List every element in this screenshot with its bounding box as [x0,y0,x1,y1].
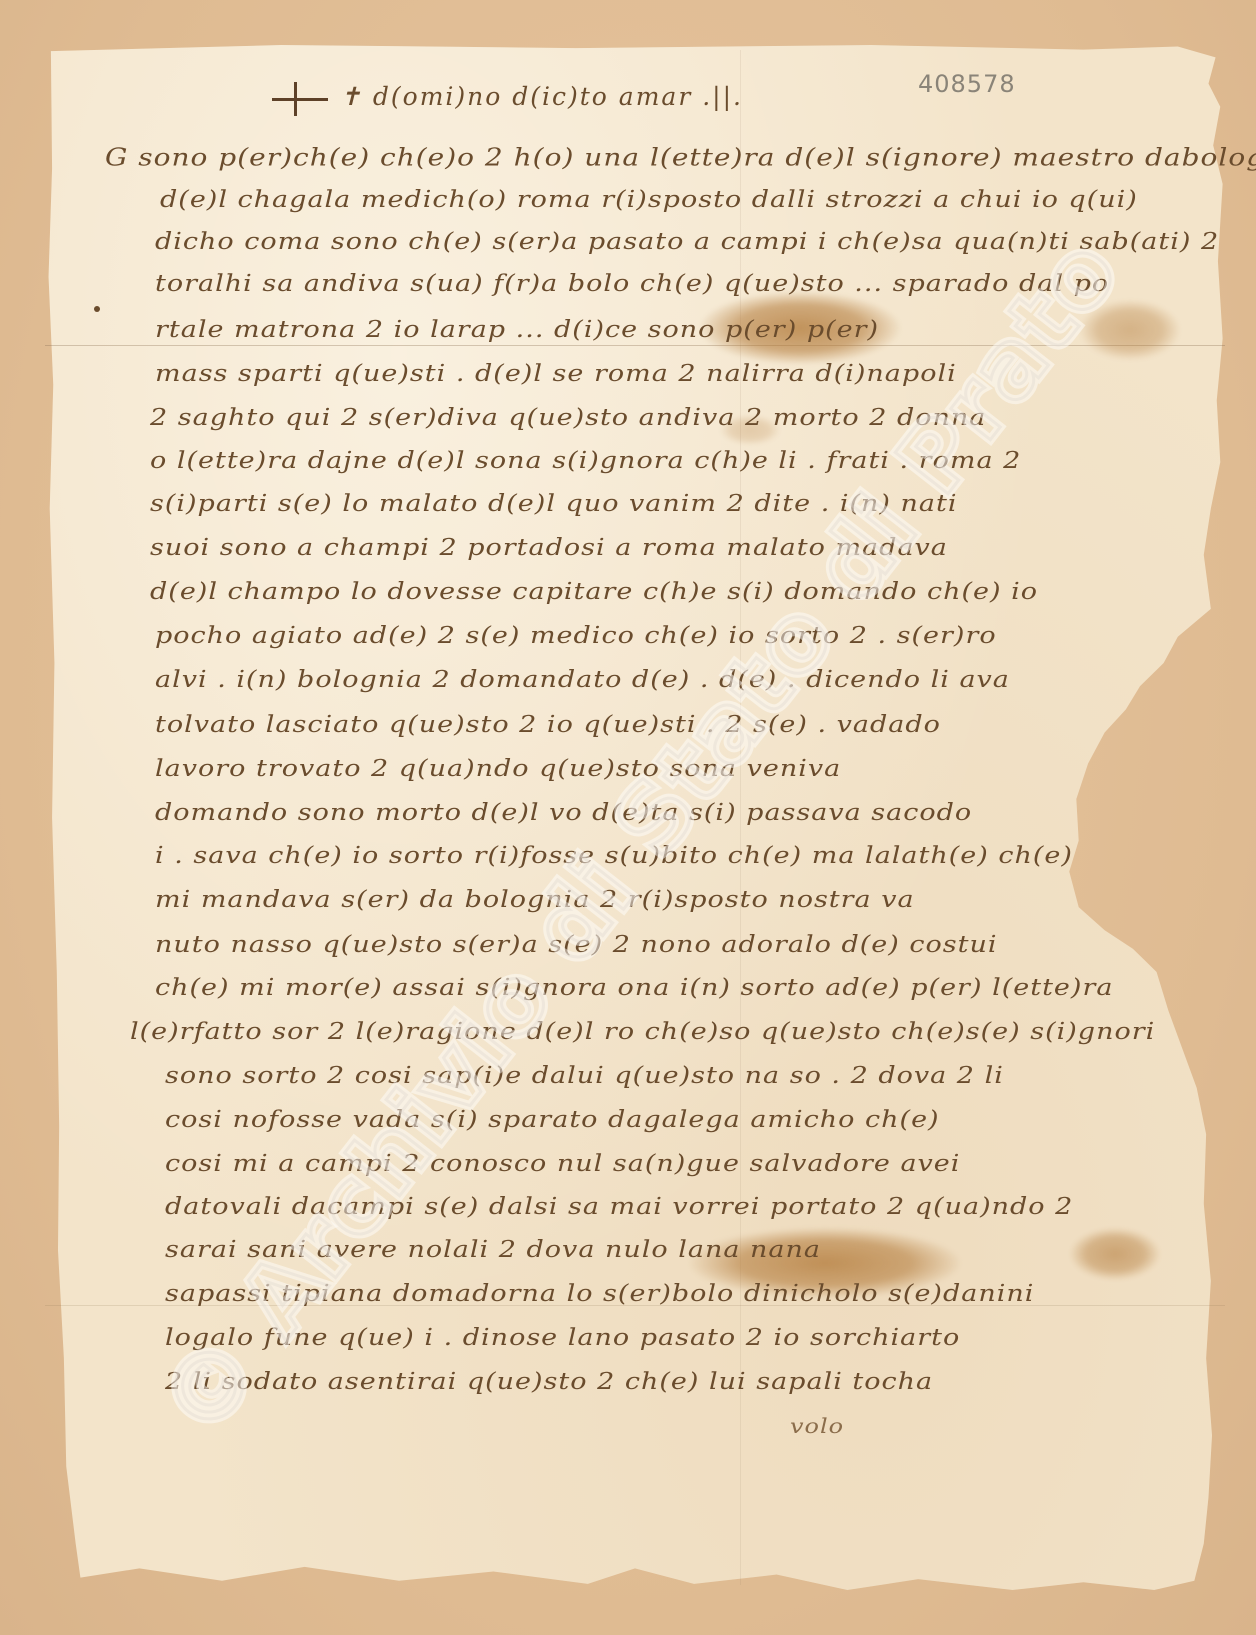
text-line: cosi nofosse vada s(i) sparato dagalega … [165,1103,940,1137]
text-line: 2 saghto qui 2 s(er)diva q(ue)sto andiva… [150,401,986,435]
text-line: rtale matrona 2 io larap ... d(i)ce sono… [155,313,879,347]
cross-icon [272,82,328,114]
text-line: ch(e) mi mor(e) assai s(i)gnora ona i(n)… [155,971,1113,1005]
text-line: cosi mi a campi 2 conosco nul sa(n)gue s… [165,1147,960,1181]
text-line: mass sparti q(ue)sti . d(e)l se roma 2 n… [155,357,957,391]
text-line: G sono p(er)ch(e) ch(e)o 2 h(o) una l(et… [105,141,1256,175]
text-line: volo [790,1409,844,1443]
invocation-heading: ✝ d(omi)no d(ic)to amar .||. [340,82,743,111]
text-line: domando sono morto d(e)l vo d(e)ta s(i) … [155,796,972,830]
archive-number: 408578 [918,70,1016,98]
text-line: toralhi sa andiva s(ua) f(r)a bolo ch(e)… [155,267,1109,301]
text-line: tolvato lasciato q(ue)sto 2 io q(ue)sti … [155,708,941,742]
text-line: l(e)rfatto sor 2 l(e)ragione d(e)l ro ch… [130,1015,1155,1049]
text-line: sono sorto 2 cosi sap(i)e dalui q(ue)sto… [165,1059,1004,1093]
text-line: d(e)l chagala medich(o) roma r(i)sposto … [160,183,1138,217]
water-stain [1070,1228,1160,1280]
text-line: alvi . i(n) bolognia 2 domandato d(e) . … [155,663,1010,697]
margin-dot [94,306,100,312]
